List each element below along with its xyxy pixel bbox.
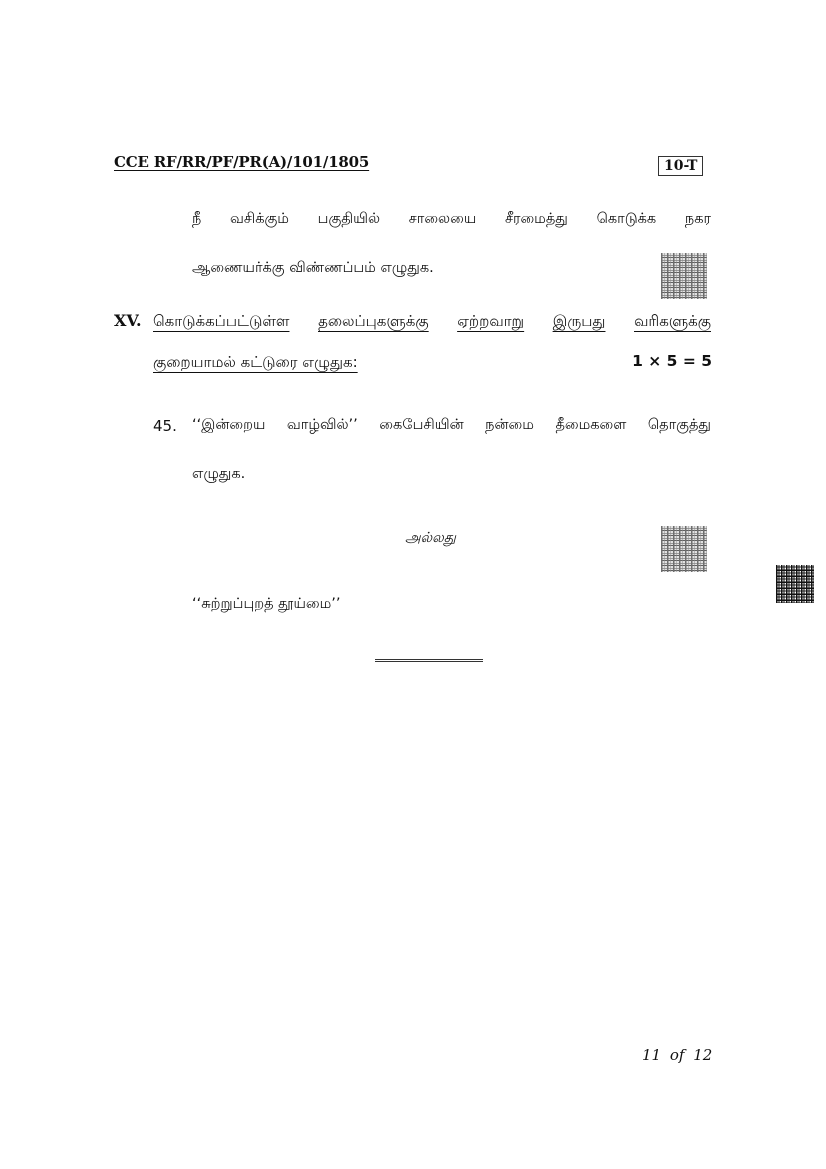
marks-label: 1 × 5 = 5	[632, 352, 712, 370]
alternative-question: ‘‘சுற்றுப்புறத் தூய்மை’’	[192, 596, 341, 614]
word: சீரமைத்து	[505, 211, 568, 229]
word: வாழ்வில்’’	[287, 417, 358, 435]
question-line-2: எழுதுக.	[192, 466, 245, 484]
word: நீ	[192, 211, 201, 229]
section-number: XV.	[114, 311, 142, 330]
page-number: 11 of 12	[642, 1046, 712, 1064]
or-label: அல்லது	[405, 530, 456, 548]
word: பகுதியில்	[318, 211, 380, 229]
word: ஏற்றவாறு	[457, 312, 524, 332]
word: தொகுத்து	[648, 417, 711, 435]
word: நகர	[685, 211, 711, 229]
word: சாலையை	[409, 211, 477, 229]
word: கொடுக்க	[597, 211, 657, 229]
section-instruction-line-2: குறையாமல் கட்டுரை எழுதுக:	[153, 353, 358, 373]
version-badge: 10-T	[658, 156, 703, 176]
question-line-1: ‘‘இன்றைய வாழ்வில்’’ கைபேசியின் நன்மை தீம…	[192, 417, 711, 435]
word: வசிக்கும்	[230, 211, 289, 229]
word: இருபது	[553, 312, 606, 332]
qr-code-icon	[661, 526, 707, 572]
word: தீமைகளை	[555, 417, 626, 435]
section-instruction-line-1: கொடுக்கப்பட்டுள்ள தலைப்புகளுக்கு ஏற்றவாற…	[153, 312, 711, 332]
end-rule-divider	[375, 659, 483, 662]
qr-code-icon	[776, 565, 814, 603]
word: ‘‘இன்றைய	[192, 417, 265, 435]
qr-code-icon	[661, 253, 707, 299]
word: வரிகளுக்கு	[634, 312, 711, 332]
word: நன்மை	[485, 417, 534, 435]
question-number: 45.	[153, 417, 177, 435]
word: தலைப்புகளுக்கு	[318, 312, 429, 332]
word: கைபேசியின்	[379, 417, 463, 435]
paper-code: CCE RF/RR/PF/PR(A)/101/1805	[114, 153, 369, 171]
prev-question-line-1: நீ வசிக்கும் பகுதியில் சாலையை சீரமைத்து …	[192, 211, 711, 229]
word: கொடுக்கப்பட்டுள்ள	[153, 312, 289, 332]
prev-question-line-2: ஆணையர்க்கு விண்ணப்பம் எழுதுக.	[192, 260, 434, 278]
